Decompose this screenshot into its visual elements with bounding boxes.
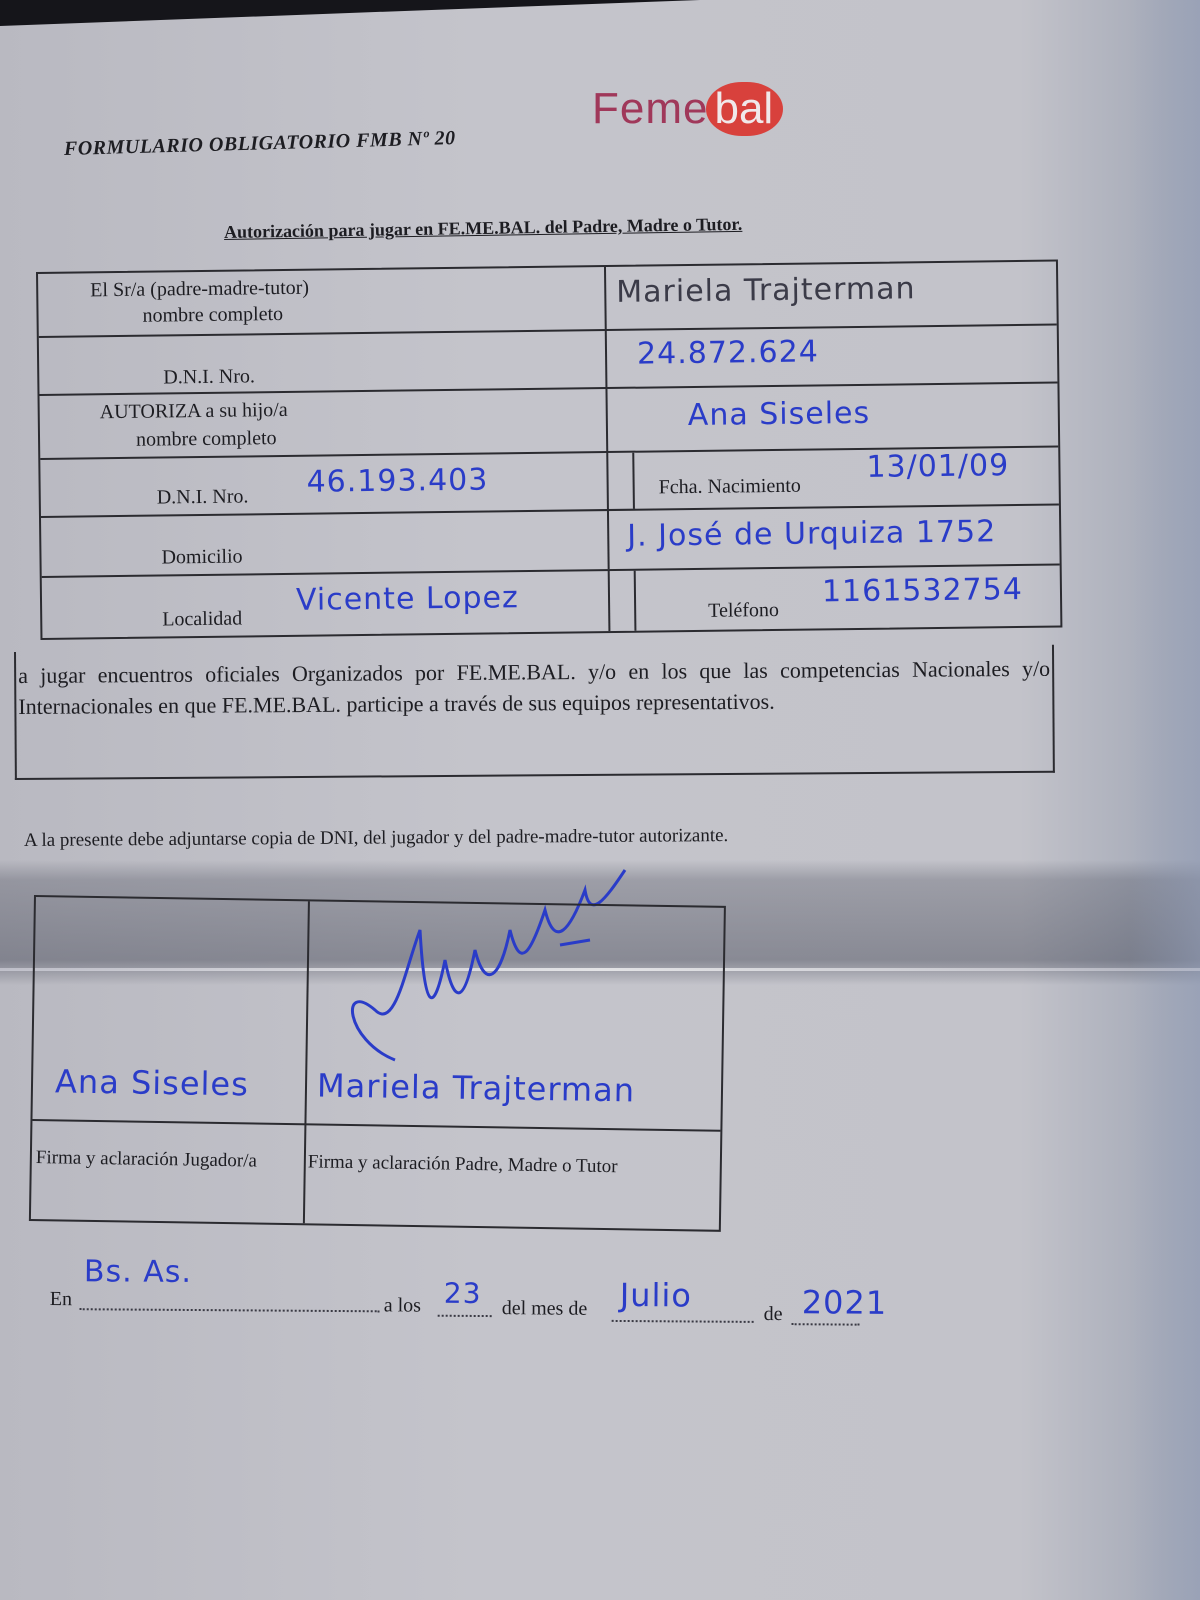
dark-corner	[0, 0, 700, 26]
authorization-table: El Sr/a (padre-madre-tutor) nombre compl…	[36, 260, 1062, 640]
label-birth-date: Fcha. Nacimiento	[659, 475, 801, 500]
label-locality: Localidad	[162, 608, 242, 632]
paper-background	[0, 0, 1200, 1600]
place-value[interactable]: Bs. As.	[84, 1254, 192, 1290]
en-label: En	[50, 1288, 72, 1311]
value-phone[interactable]: 1161532754	[822, 572, 1023, 609]
label-child-name-sub: nombre completo	[136, 427, 277, 452]
day-value[interactable]: 23	[444, 1277, 482, 1310]
logo-badge: bal	[706, 82, 783, 136]
logo-text: Feme	[592, 84, 708, 134]
value-guardian-name[interactable]: Mariela Trajterman	[616, 271, 916, 310]
value-child-dni[interactable]: 46.193.403	[306, 462, 488, 499]
value-guardian-dni[interactable]: 24.872.624	[637, 334, 819, 371]
label-guardian-name: El Sr/a (padre-madre-tutor)	[90, 277, 309, 303]
femebal-logo: Feme bal	[592, 80, 783, 138]
label-guardian-name-sub: nombre completo	[142, 303, 283, 328]
label-guardian-dni: D.N.I. Nro.	[163, 365, 255, 389]
guardian-signature-caption: Firma y aclaración Padre, Madre o Tutor	[308, 1151, 618, 1178]
label-child-name: AUTORIZA a su hijo/a	[100, 399, 288, 424]
year-value[interactable]: 2021	[802, 1283, 888, 1322]
paper-edge-shadow	[1130, 0, 1200, 1600]
value-child-name[interactable]: Ana Siseles	[688, 396, 871, 433]
label-phone: Teléfono	[708, 599, 779, 623]
day-label: a los	[384, 1294, 421, 1317]
year-label: de	[764, 1303, 783, 1326]
signature-table: Ana Siseles Mariela Trajterman Firma y a…	[29, 895, 726, 1232]
month-label: del mes de	[502, 1297, 588, 1321]
value-locality[interactable]: Vicente Lopez	[296, 580, 519, 618]
row-locality-phone: Localidad Vicente Lopez Teléfono 1161532…	[42, 566, 1061, 638]
value-address[interactable]: J. José de Urquiza 1752	[627, 514, 996, 554]
value-birth-date[interactable]: 13/01/09	[866, 448, 1009, 485]
label-address: Domicilio	[161, 545, 242, 569]
month-value[interactable]: Julio	[620, 1276, 692, 1315]
guardian-signature-name[interactable]: Mariela Trajterman	[317, 1066, 636, 1109]
label-child-dni: D.N.I. Nro.	[157, 485, 249, 509]
player-signature-caption: Firma y aclaración Jugador/a	[36, 1147, 257, 1172]
player-signature-name[interactable]: Ana Siseles	[55, 1062, 249, 1103]
authorization-text: a jugar encuentros oficiales Organizados…	[14, 645, 1055, 780]
place-date-line: En Bs. As. a los 23 del mes de Julio de …	[50, 1268, 930, 1344]
